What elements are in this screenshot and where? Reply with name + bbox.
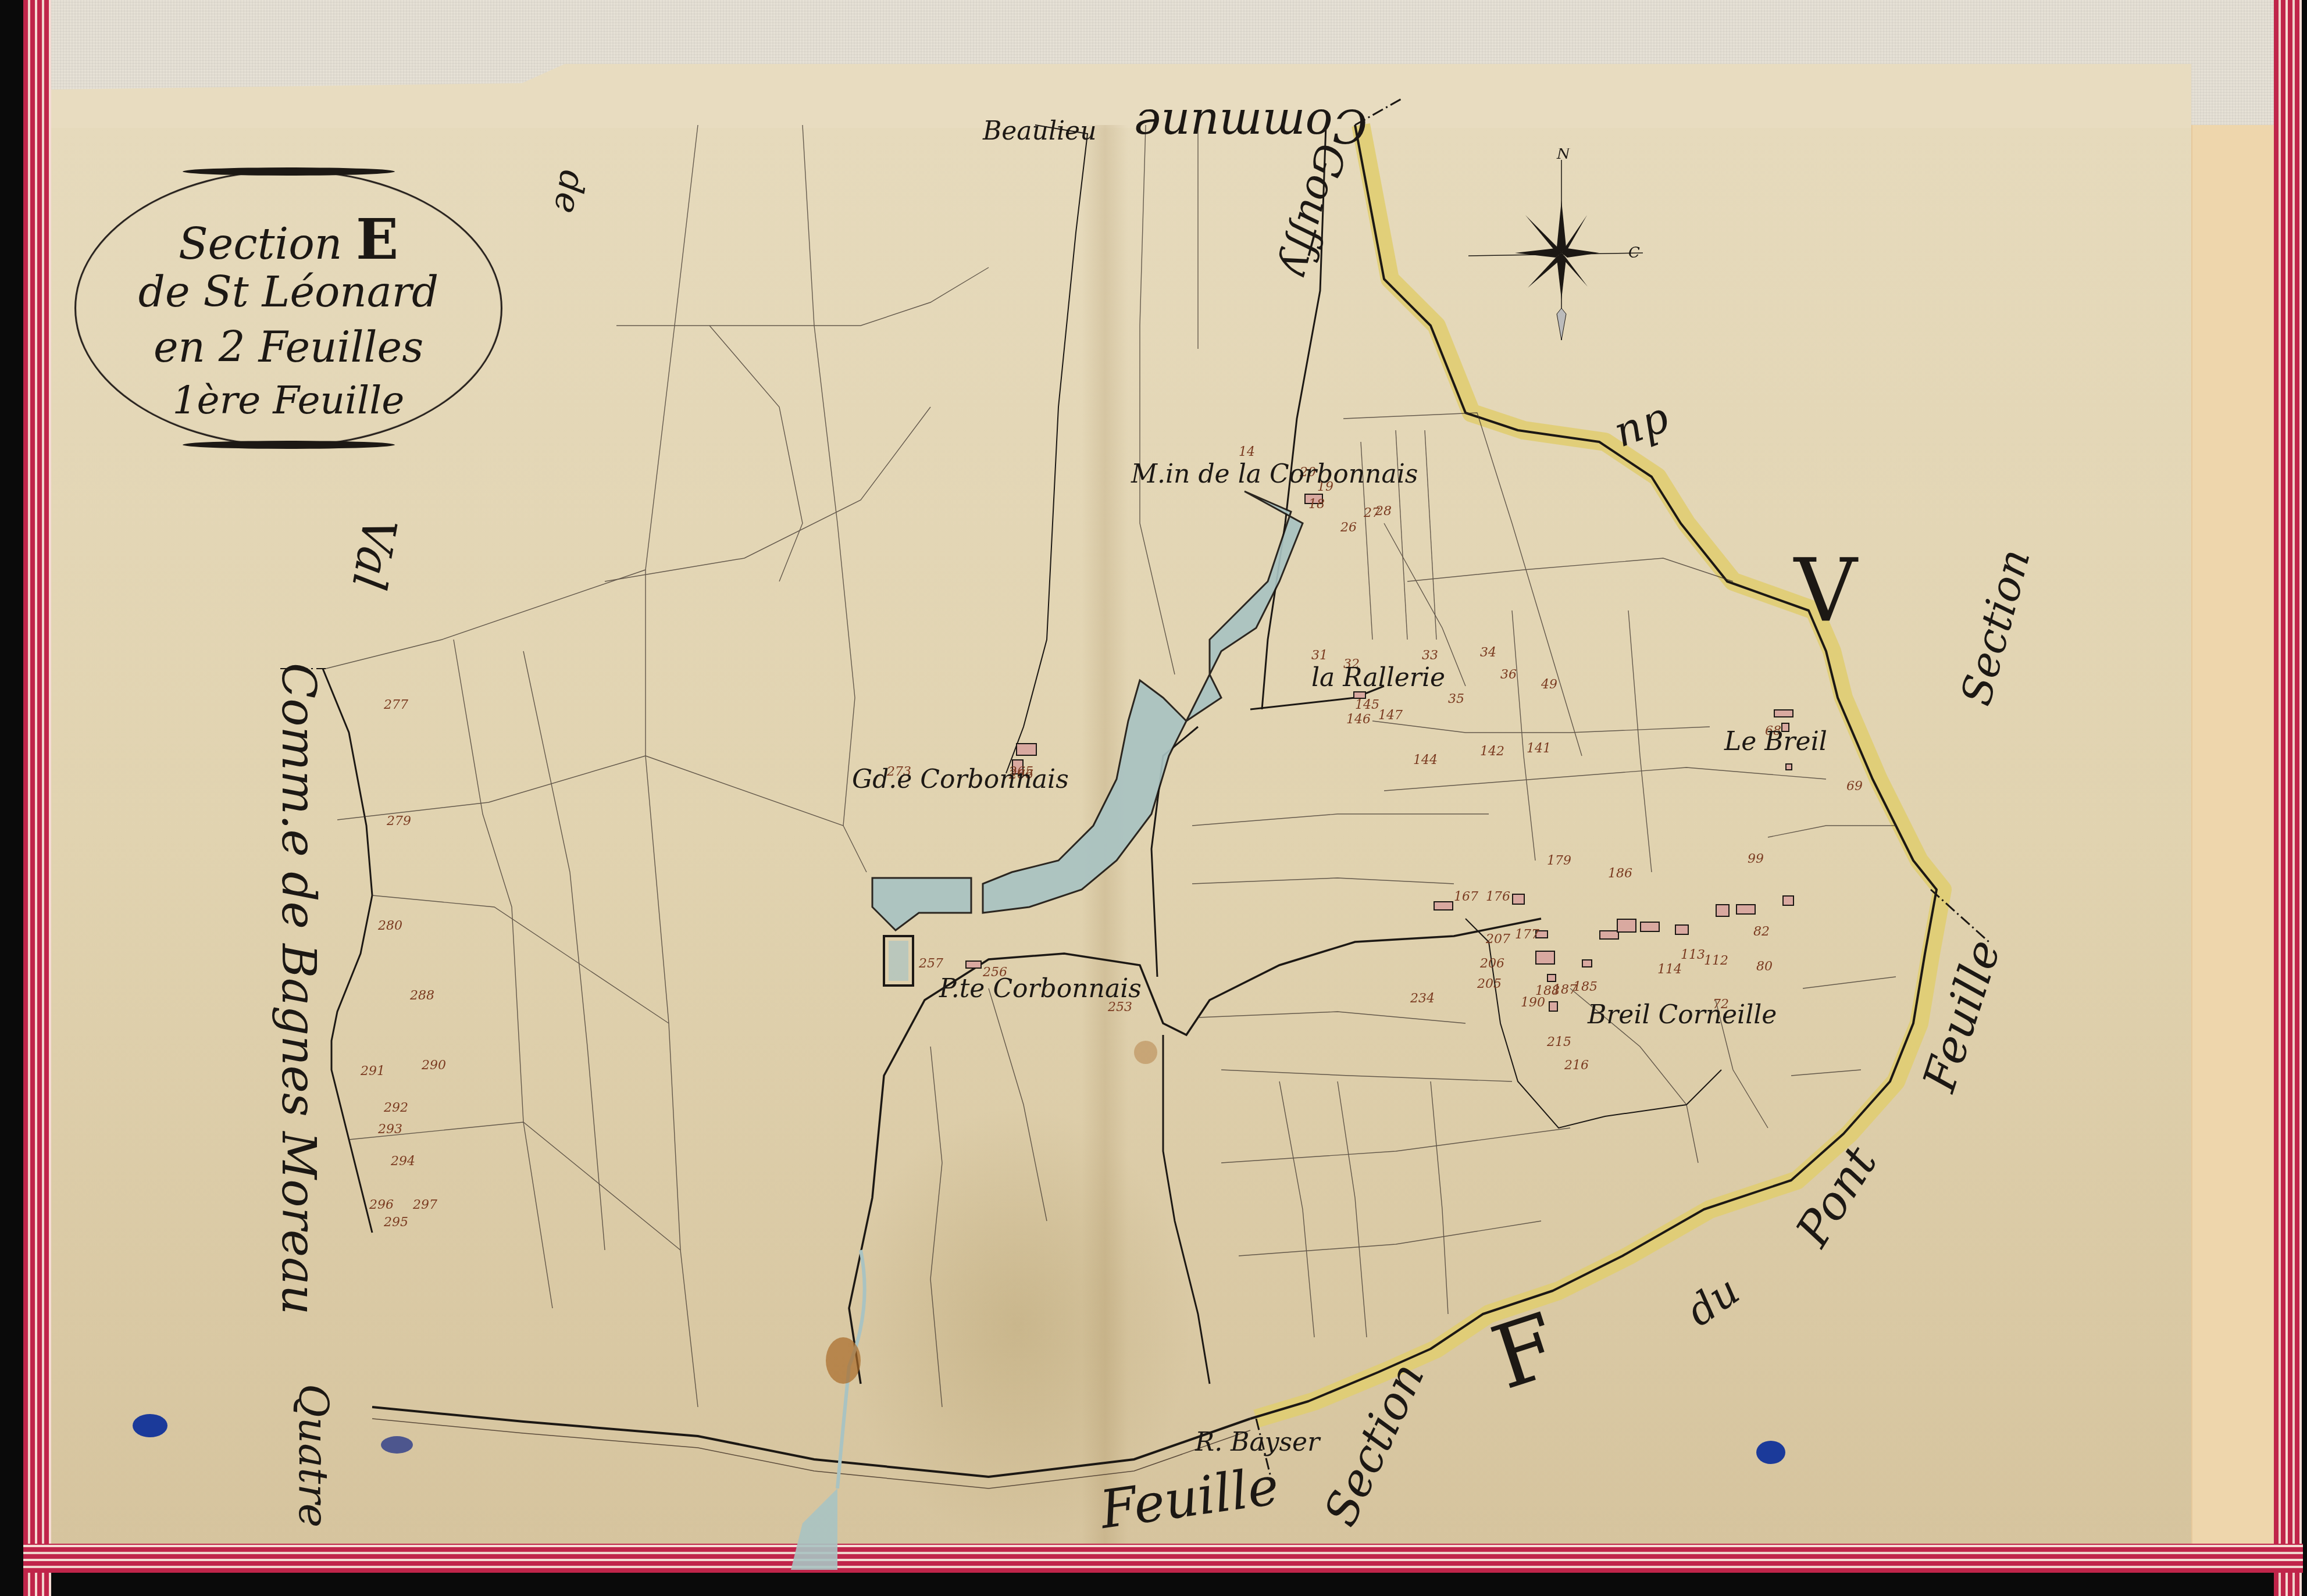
parcel-number: 147 — [1378, 708, 1403, 723]
parcel-number: 295 — [384, 1215, 408, 1230]
parcel-number: 36 — [1500, 667, 1517, 682]
building — [1549, 1001, 1558, 1012]
parcel-number: 69 — [1846, 779, 1863, 794]
parcel-number: 82 — [1753, 924, 1770, 939]
place-name: P.te Corbonnais — [939, 974, 1142, 1004]
ink-blot — [381, 1436, 413, 1454]
parcel-number: 142 — [1480, 744, 1504, 759]
parcel-number: 277 — [384, 698, 408, 712]
parcel-number: 293 — [378, 1122, 402, 1137]
parcel-number: 145 — [1355, 698, 1379, 712]
place-name: R. Bayser — [1195, 1427, 1320, 1457]
place-name: Beaulieu — [983, 116, 1096, 146]
compass-north: N — [1556, 148, 1571, 163]
parcel-number: 18 — [1308, 497, 1325, 512]
parcel-number: 33 — [1422, 648, 1438, 663]
pond-water — [983, 491, 1303, 913]
parcel-number: 206 — [1480, 956, 1504, 971]
label-commune-top: Commune — [1134, 99, 1367, 151]
building — [1016, 743, 1037, 756]
label-de-left: de — [545, 167, 593, 217]
building — [1599, 930, 1619, 940]
compass-rose-icon: N C — [1457, 148, 1678, 358]
label-section-letter-v: V — [1794, 541, 1857, 642]
parcel-number: 26 — [1340, 520, 1357, 535]
building — [1547, 974, 1556, 982]
parcel-number: 114 — [1657, 962, 1682, 977]
parcel-number: 141 — [1527, 741, 1551, 756]
building — [1617, 919, 1636, 933]
parcel-number: 179 — [1547, 854, 1571, 868]
place-name: Breil Corneille — [1588, 1000, 1777, 1030]
parcel-number: 28 — [1375, 504, 1392, 519]
rust-stain — [1134, 1041, 1157, 1064]
parcel-number: 280 — [378, 919, 402, 933]
parcel-number: 113 — [1681, 948, 1705, 962]
parcel-number: 216 — [1564, 1058, 1589, 1073]
parcel-number: 279 — [387, 814, 411, 829]
road-south — [372, 1407, 1250, 1477]
parcel-number: 290 — [422, 1058, 446, 1073]
parcel-number: 146 — [1346, 712, 1371, 727]
ink-blot — [1756, 1441, 1785, 1464]
cartouche-section-letter: E — [356, 206, 398, 272]
parcel-number: 144 — [1413, 753, 1438, 767]
building — [1535, 951, 1555, 965]
parcel-number: 99 — [1748, 852, 1764, 866]
cartouche-line-4: 1ère Feuille — [76, 378, 501, 423]
building — [1582, 959, 1592, 967]
cartouche-line-2: de St Léonard — [76, 267, 501, 316]
parcel-number: 167 — [1454, 890, 1478, 904]
parcel-number: 257 — [919, 956, 943, 971]
place-name: la Rallerie — [1311, 663, 1445, 692]
cartouche-rim-bottom — [183, 441, 395, 449]
parcel-number: 186 — [1608, 866, 1632, 881]
place-name: M.in de la Corbonnais — [1131, 459, 1418, 489]
place-name: Gd.e Corbonnais — [852, 765, 1069, 794]
rust-stain — [826, 1337, 861, 1384]
parcel-number: 80 — [1756, 959, 1773, 974]
road-north — [1006, 125, 1087, 773]
parcel-number: 205 — [1477, 977, 1502, 991]
parcel-number: 215 — [1547, 1035, 1571, 1049]
parcel-number: 112 — [1704, 954, 1728, 968]
building — [1640, 922, 1660, 932]
label-quatre: Quatre — [290, 1384, 337, 1527]
parcel-number: 14 — [1239, 445, 1255, 459]
compass-east: C — [1628, 244, 1640, 262]
parcel-number: 35 — [1448, 692, 1464, 706]
cartouche-line-3: en 2 Feuilles — [76, 323, 501, 372]
cartouche-rim-top — [183, 167, 395, 176]
building — [1736, 904, 1756, 915]
building — [1434, 901, 1453, 911]
cartouche-section-word: Section — [179, 219, 343, 269]
parcel-number: 177 — [1515, 927, 1539, 942]
parcel-number: 176 — [1486, 890, 1510, 904]
parcel-number: 190 — [1521, 995, 1545, 1010]
building — [1716, 904, 1730, 917]
building — [965, 961, 982, 969]
building — [1675, 924, 1689, 935]
parcel-number: 297 — [413, 1198, 437, 1212]
parcel-number: 34 — [1480, 645, 1496, 660]
parcel-number: 291 — [361, 1064, 385, 1079]
left-boundary — [323, 669, 372, 1233]
parcel-number: 292 — [384, 1101, 408, 1115]
parcel-number: 207 — [1486, 932, 1510, 947]
label-commune-bagnes-moreau: Comm.e de Bagnes Moreau — [272, 663, 326, 1315]
building — [1774, 709, 1793, 717]
building — [1512, 894, 1525, 905]
title-cartouche: Section E de St Léonard en 2 Feuilles 1è… — [74, 170, 502, 447]
place-name: Le Breil — [1724, 727, 1827, 756]
building — [1782, 895, 1794, 906]
parcel-number: 288 — [410, 988, 434, 1003]
building — [1785, 763, 1792, 770]
parcel-number: 296 — [369, 1198, 394, 1212]
parcel-number: 31 — [1311, 648, 1328, 663]
cartouche-line-1: Section E — [76, 206, 501, 272]
parcel-number: 49 — [1541, 677, 1557, 692]
parcel-number: 294 — [391, 1154, 415, 1169]
ink-blot — [133, 1414, 167, 1437]
parcel-number: 234 — [1410, 991, 1435, 1006]
map-canvas: Section E de St Léonard en 2 Feuilles 1è… — [0, 0, 2307, 1596]
